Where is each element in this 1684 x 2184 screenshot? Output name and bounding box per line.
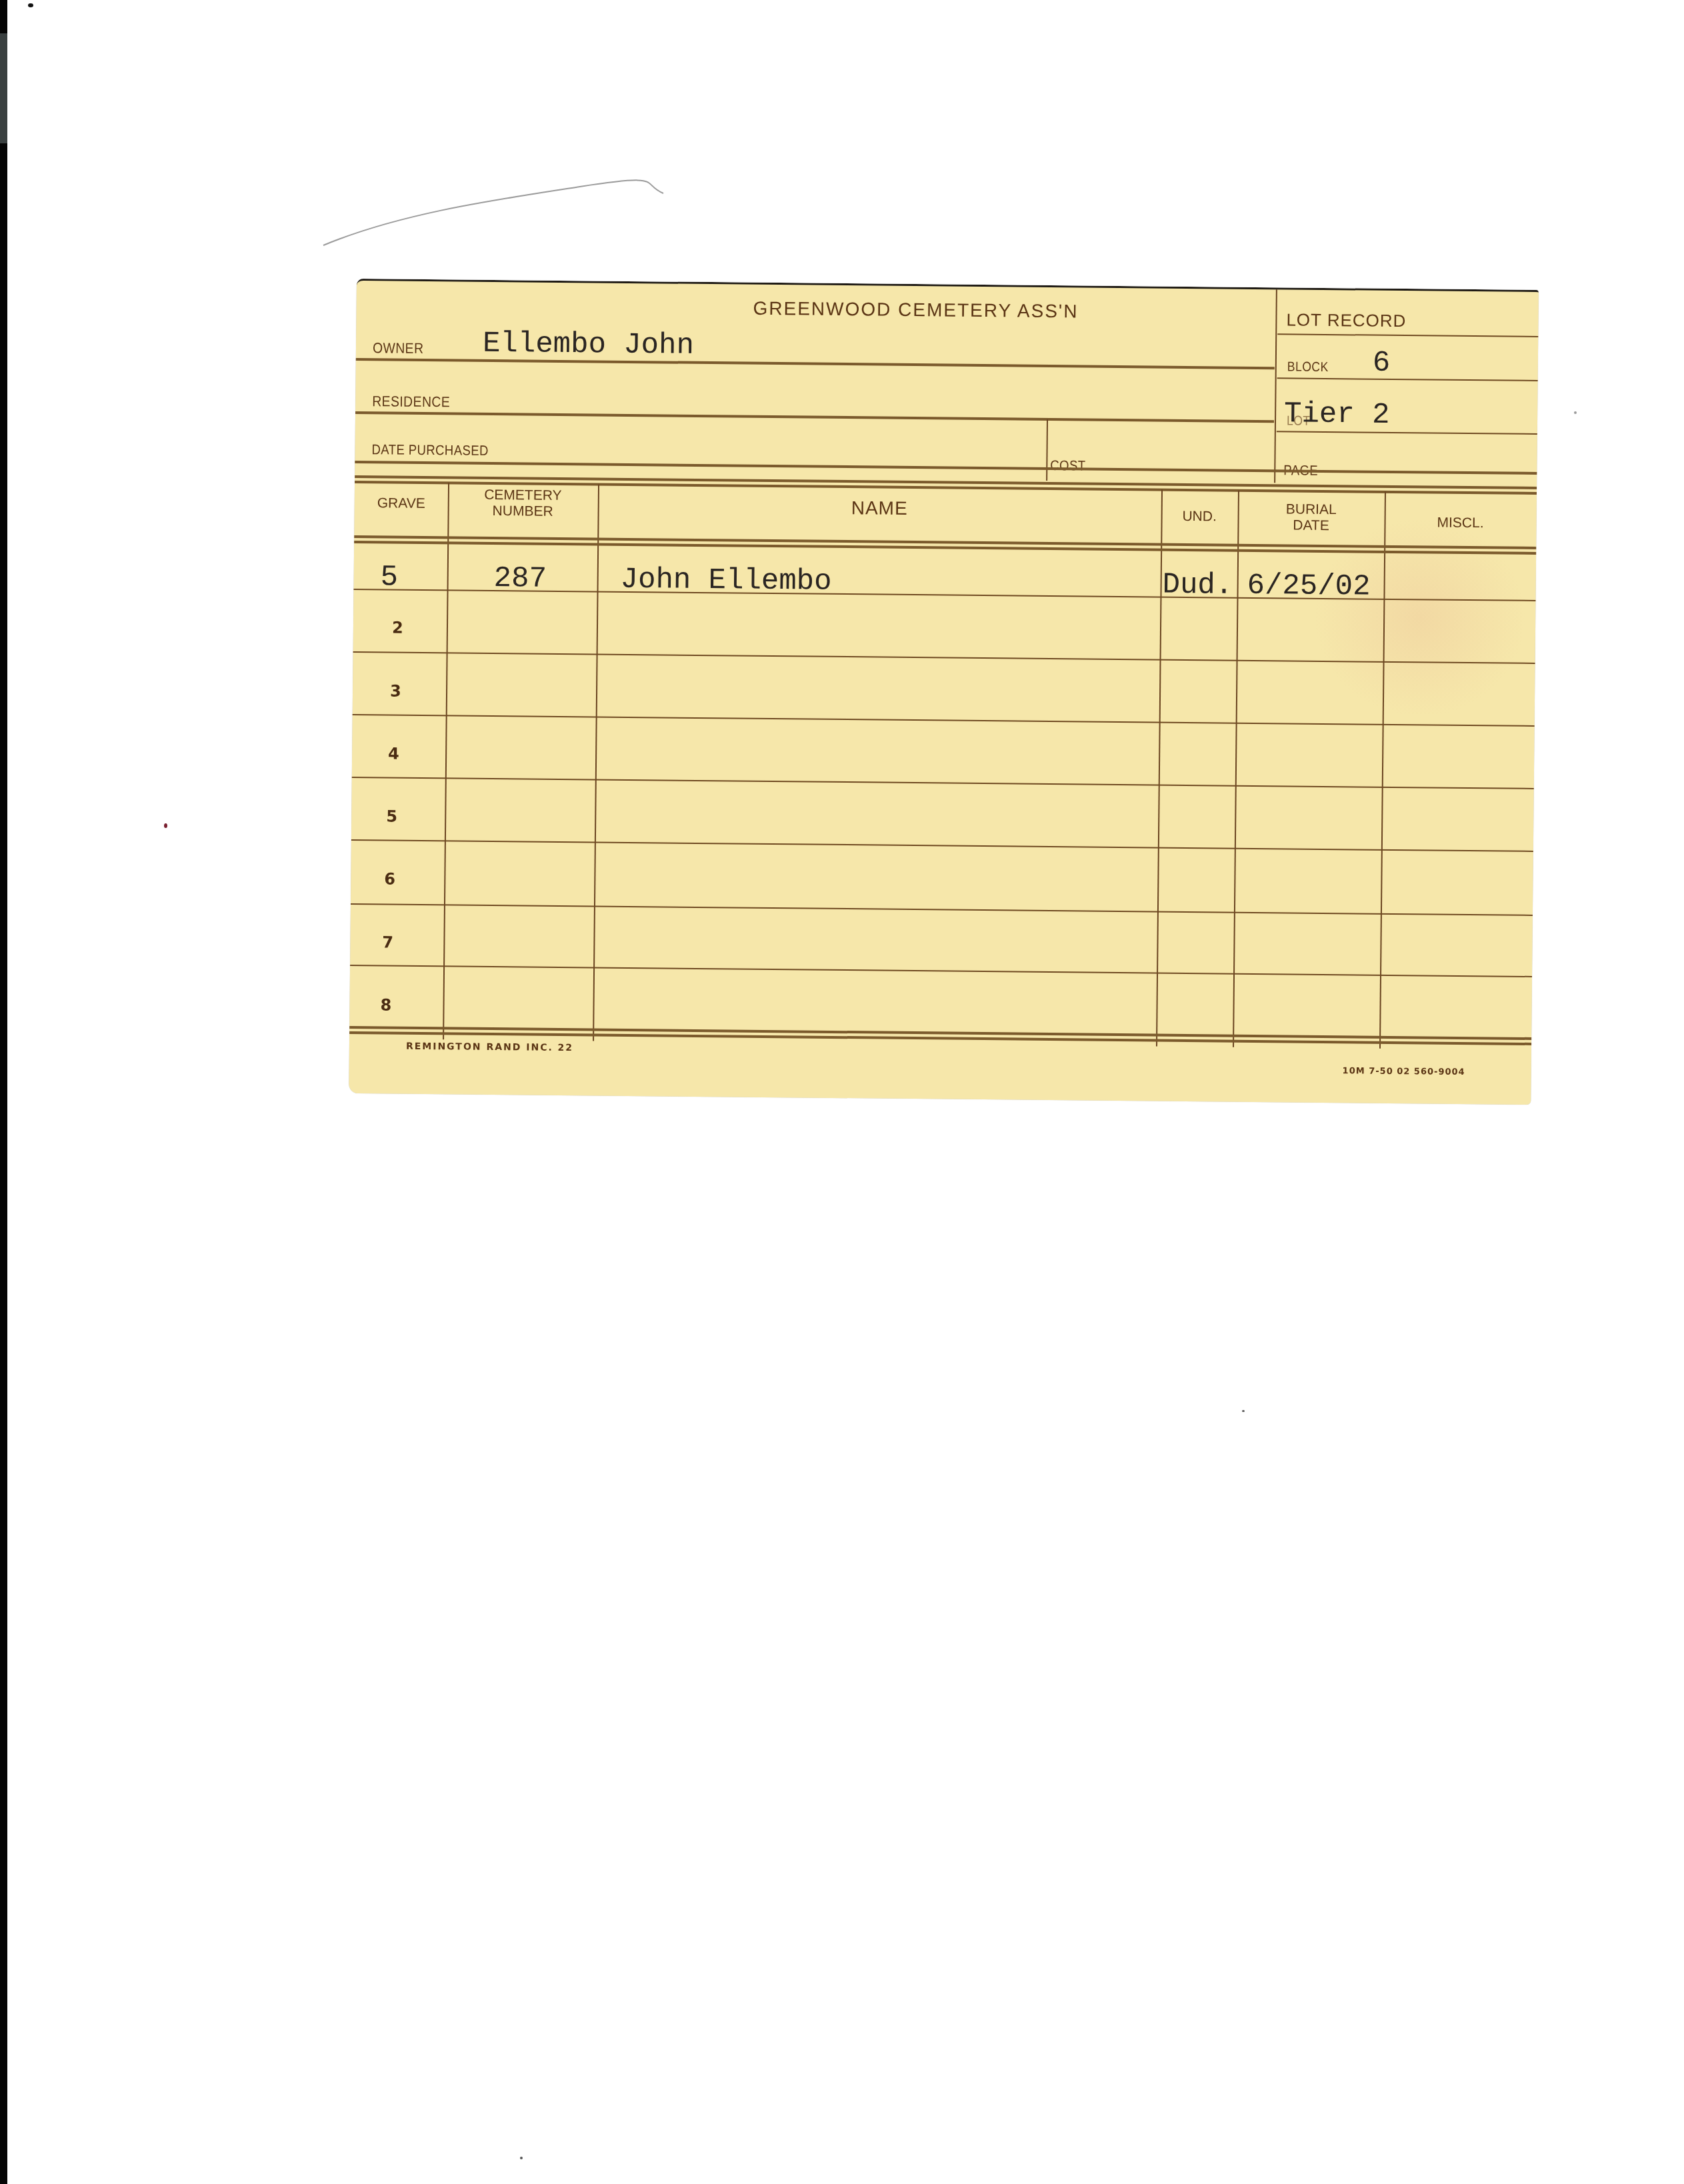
col-header-cemetery-number: CEMETERY NUMBER xyxy=(448,487,598,520)
col-header-burial-line1: BURIAL xyxy=(1238,501,1385,519)
row-rule xyxy=(350,965,1532,977)
rule xyxy=(355,411,1274,423)
lot-record-card: GREENWOOD CEMETERY ASS'N LOT RECORD OWNE… xyxy=(349,279,1539,1105)
grave-number: 7 xyxy=(382,933,393,951)
owner-label: OWNER xyxy=(373,339,424,357)
col-header-miscl: MISCL. xyxy=(1384,515,1536,532)
col-divider xyxy=(593,484,599,1041)
col-header-burial-line2: DATE xyxy=(1237,517,1384,535)
block-label: BLOCK xyxy=(1287,359,1329,375)
row-rule xyxy=(352,777,1534,789)
footer-printer: REMINGTON RAND INC. 22 xyxy=(406,1041,573,1053)
cost-label: COST xyxy=(1050,458,1085,475)
col-header-und: UND. xyxy=(1161,509,1238,525)
date-purchased-label: DATE PURCHASED xyxy=(371,442,488,459)
grave-number: 3 xyxy=(390,682,401,701)
col-header-burial-date: BURIAL DATE xyxy=(1237,501,1384,535)
rule xyxy=(356,358,1275,369)
speck xyxy=(1242,1410,1245,1412)
residence-label: RESIDENCE xyxy=(372,393,450,411)
grave-number: 4 xyxy=(388,744,399,763)
speck xyxy=(520,2157,523,2159)
stray-pencil-line xyxy=(320,173,667,253)
grave-number: 2 xyxy=(392,619,403,637)
block-value: 6 xyxy=(1373,347,1391,380)
col-divider xyxy=(1233,491,1239,1047)
lot-record-label: LOT RECORD xyxy=(1286,309,1406,331)
owner-value: Ellembo John xyxy=(483,327,694,363)
col-divider xyxy=(443,483,449,1039)
speck xyxy=(1574,411,1577,414)
col-header-cemetery-line2: NUMBER xyxy=(448,503,598,520)
col-divider xyxy=(1156,490,1163,1047)
speck xyxy=(164,823,167,828)
col-header-name: NAME xyxy=(598,497,1161,519)
grave-number: 8 xyxy=(380,995,391,1014)
col-header-grave: GRAVE xyxy=(355,495,448,512)
rule xyxy=(1277,431,1537,435)
cost-divider xyxy=(1046,419,1048,481)
grave-number: 5 xyxy=(386,807,397,825)
col-header-cemetery-line1: CEMETERY xyxy=(448,487,598,504)
footer-form-number: 10M 7-50 02 560-9004 xyxy=(1343,1066,1465,1077)
grave-number: 6 xyxy=(384,869,395,888)
row-rule xyxy=(351,903,1533,916)
rule xyxy=(1277,377,1538,381)
row-rule xyxy=(351,839,1533,852)
header-divider xyxy=(1274,289,1277,483)
lot-value: Tier 2 xyxy=(1284,397,1390,432)
speck xyxy=(28,3,33,7)
rule xyxy=(355,461,1537,475)
scan-edge xyxy=(0,0,7,2184)
scan-edge-highlight xyxy=(0,33,7,143)
card-title: GREENWOOD CEMETERY ASS'N xyxy=(753,298,1078,323)
rule xyxy=(1277,333,1538,337)
